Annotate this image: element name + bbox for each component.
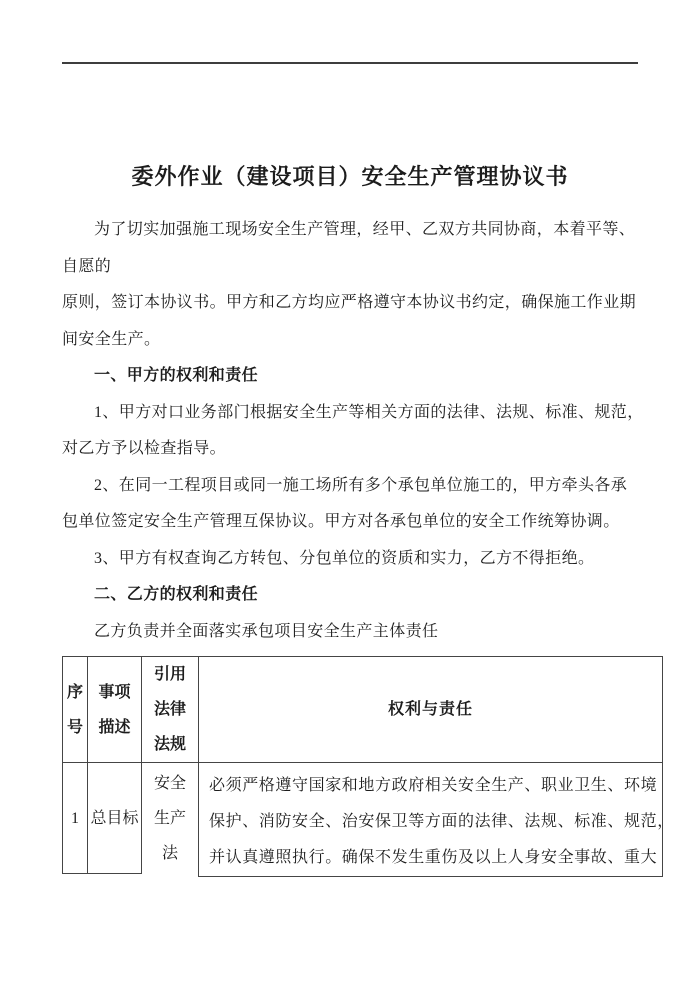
paragraph-line: 间安全生产。 xyxy=(62,322,638,359)
document-title: 委外作业（建设项目）安全生产管理协议书 xyxy=(0,158,700,196)
table-cell-rights-line: 必须严格遵守国家和地方政府相关安全生产、职业卫生、环境 xyxy=(209,768,662,804)
section-heading-party-a: 一、甲方的权利和责任 xyxy=(62,358,638,395)
paragraph-line: 原则，签订本协议书。甲方和乙方均应严格遵守本协议书约定，确保施工作业期 xyxy=(62,285,638,322)
document-body: 为了切实加强施工现场安全生产管理，经甲、乙双方共同协商，本着平等、 自愿的 原则… xyxy=(62,212,638,650)
table-header-seq-label: 序号 xyxy=(66,675,84,745)
table-cell-rights: 必须严格遵守国家和地方政府相关安全生产、职业卫生、环境 保护、消防安全、治安保卫… xyxy=(199,763,662,876)
paragraph-line: 乙方负责并全面落实承包项目安全生产主体责任 xyxy=(62,614,638,651)
section-heading-party-b: 二、乙方的权利和责任 xyxy=(62,577,638,614)
table-cell-rights-line: 并认真遵照执行。确保不发生重伤及以上人身安全事故、重大 xyxy=(209,840,662,876)
paragraph-line: 包单位签定安全生产管理互保协议。甲方对各承包单位的安全工作统筹协调。 xyxy=(62,504,638,541)
table-cell-law: 安全生产法 xyxy=(142,763,198,873)
table-cell-item: 总目标 xyxy=(88,763,141,873)
document-page: 委外作业（建设项目）安全生产管理协议书 为了切实加强施工现场安全生产管理，经甲、… xyxy=(0,0,700,990)
table-header-item-label: 事项描述 xyxy=(98,675,131,745)
paragraph-line: 自愿的 xyxy=(62,249,638,286)
header-rule-line xyxy=(62,62,638,64)
table-header-rights: 权利与责任 xyxy=(199,657,662,762)
table-header-law: 引用法律法规 xyxy=(142,657,198,762)
paragraph-line: 2、在同一工程项目或同一施工场所有多个承包单位施工的，甲方牵头各承 xyxy=(62,468,638,505)
table-cell-law-label: 安全生产法 xyxy=(154,766,187,871)
paragraph-line: 3、甲方有权查询乙方转包、分包单位的资质和实力，乙方不得拒绝。 xyxy=(62,541,638,578)
table-header-seq: 序号 xyxy=(63,657,87,762)
paragraph-line: 对乙方予以检查指导。 xyxy=(62,431,638,468)
paragraph-line: 1、甲方对口业务部门根据安全生产等相关方面的法律、法规、标准、规范， xyxy=(62,395,638,432)
table-cell-seq: 1 xyxy=(63,763,87,873)
table-cell-rights-line: 保护、消防安全、治安保卫等方面的法律、法规、标准、规范， xyxy=(209,804,662,840)
table-header-item: 事项描述 xyxy=(88,657,141,762)
table-border xyxy=(662,656,663,877)
responsibility-table: 序号 事项描述 引用法律法规 权利与责任 1 总目标 安全生产法 必须严格遵守国… xyxy=(62,656,663,878)
table-border xyxy=(198,876,663,877)
table-header-law-label: 引用法律法规 xyxy=(154,657,187,762)
table-border xyxy=(62,873,142,874)
paragraph-line: 为了切实加强施工现场安全生产管理，经甲、乙双方共同协商，本着平等、 xyxy=(62,212,638,249)
